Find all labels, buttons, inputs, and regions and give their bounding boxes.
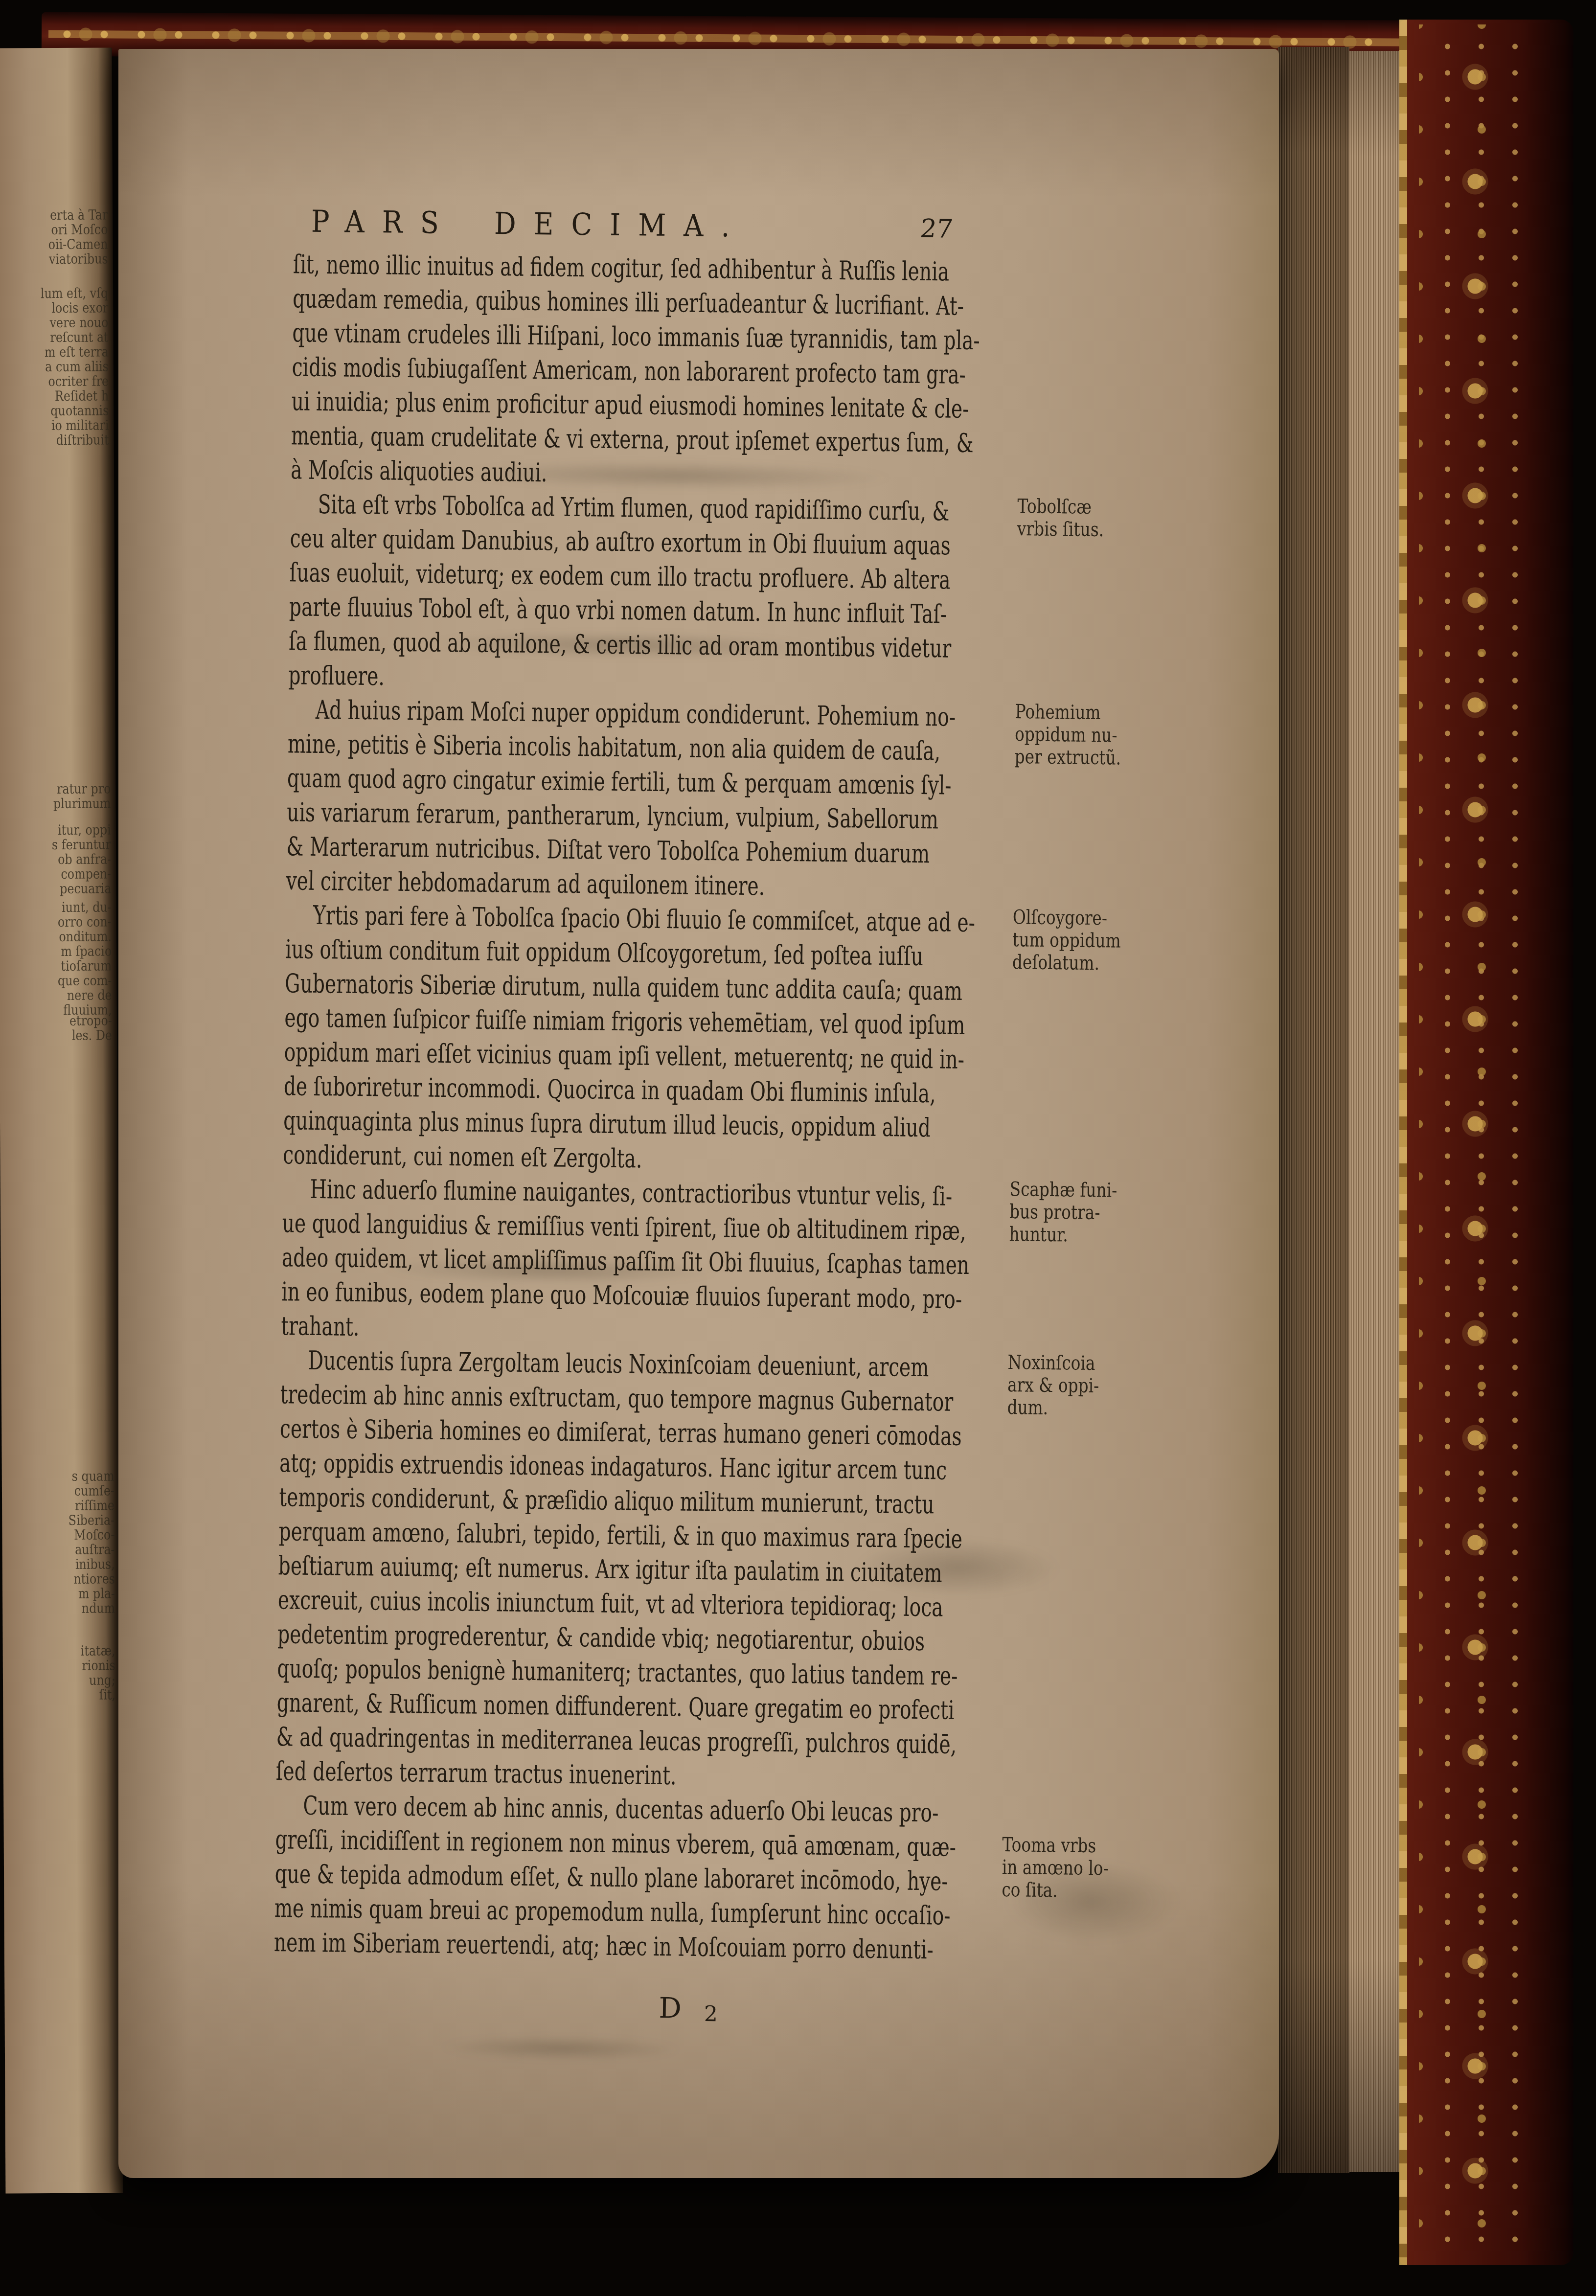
text-line: lum eſt, vſq [14,286,108,301]
book-photo-scene: erta à Tarori Moſcooii-Camenviatoribus l… [0,0,1596,2296]
text-line: m eſt terra [15,344,109,360]
text-line: arx & oppi- [1007,1374,1144,1398]
page-content: PARS DECIMA. 27 ſit, nemo illic inuitus … [94,44,1279,2186]
text-line: Tobolſcæ [1017,495,1154,519]
margin-note: Tooma vrbsin amœno lo-co ſita. [1002,1834,1169,1903]
text-line: locis exor [14,300,108,316]
fragment-group: iunt, du-orro con-onditum.m ſpaciotioſar… [1,900,112,1018]
margin-note: Scaphæ funi-bus protra-huntur. [1009,1178,1176,1248]
text-line: Noxinſcoia [1007,1351,1144,1375]
text-line: quotannis [15,403,109,418]
text-line: Pohemium [1015,701,1151,725]
text-line: ratur pro [17,781,111,796]
text-line: onditum. [18,929,112,944]
fore-edge-pages-dark [1278,47,1349,2173]
text-line: que com- [18,973,112,988]
fragment-group: s quamcumſe-riſſimeSiberia-Moſco-auſtra-… [4,1469,115,1616]
text-line: auſtra- [21,1542,114,1557]
fragment-group: etropo-les. De [1,1013,112,1043]
signature-mark: D2 [659,1991,718,2025]
paragraph: ſit, nemo illic inuitus ad fidem cogitur… [291,248,1193,498]
text-line: nere de [18,988,112,1003]
text-line: erta à Tar [14,207,108,223]
text-line: viatoribus [14,251,108,267]
margin-note: Noxinſcoiaarx & oppi-dum. [1007,1351,1174,1421]
text-line: oppidum nu- [1015,723,1151,747]
text-line: m ſpacio [18,944,112,959]
text-line: Olſcoygore- [1013,906,1149,930]
text-line: tioſarum [18,958,112,974]
text-line: itur, oppi [17,822,111,838]
text-line: Siberia- [21,1513,114,1528]
text-line: io militari [15,418,109,433]
text-line: co ſita. [1002,1879,1138,1903]
text-line: Tooma vrbs [1002,1834,1139,1858]
book-cover-right [1399,20,1573,2265]
fragment-group: ratur proplurimum [0,781,111,811]
text-line: per extructũ. [1014,746,1151,770]
fragment-group: lum eſt, vſqlocis exorvere nouoreſcunt a… [0,286,109,448]
fragment-group: itatæ,rionisung;ſit, [5,1643,116,1703]
text-line: les. De [18,1028,112,1043]
text-line: s feruntur [17,837,111,852]
text-line: ob anfra- [17,852,111,867]
gilt-edge-line [1399,20,1407,2265]
text-line: diſtribuit [15,432,109,448]
text-line: ori Moſco [14,222,108,237]
margin-note: Tobolſcævrbis ſitus. [1017,495,1184,542]
fore-edge-pages-light [1349,51,1399,2172]
text-line: plurimum [17,796,111,811]
text-line: cumſe- [21,1483,114,1499]
text-line: dum. [1007,1396,1143,1420]
fragment-group: erta à Tarori Moſcooii-Camenviatoribus [0,207,108,267]
text-line: ocriter fre [15,374,109,389]
signature-letter: D [659,1991,682,2025]
gold-floral-tooling-column [1419,24,1531,2255]
text-line: a cum aliis [15,359,109,374]
text-line: s quam [21,1469,114,1484]
text-line: pecuaria [17,881,111,896]
text-line: orro con- [18,914,112,930]
margin-note: Olſcoygore-tum oppidumdeſolatum. [1012,906,1180,976]
text-line: bus protra- [1009,1201,1146,1225]
text-line: in amœno lo- [1002,1856,1139,1880]
signature-number: 2 [704,2001,718,2026]
text-line: Scaphæ funi- [1009,1178,1146,1202]
book-page: PARS DECIMA. 27 ſit, nemo illic inuitus … [118,49,1279,2178]
text-line: nem im Siberiam reuertendi, atq; hæc in … [274,1926,940,1967]
margin-note: Pohemiumoppidum nu-per extructũ. [1014,701,1182,770]
page-number: 27 [918,214,954,244]
text-line: etropo- [18,1013,112,1028]
text-line: Moſco- [21,1527,114,1543]
text-line: compen- [17,866,111,882]
running-header: PARS DECIMA. [311,204,748,244]
text-line: iunt, du- [18,900,112,915]
text-line: Reſidet h [15,388,109,404]
text-line: oii-Camen [14,237,108,252]
text-line: vrbis ſitus. [1017,518,1154,542]
text-line: riſſime [21,1498,114,1513]
text-line: vere nouo [14,315,108,330]
ink-showthrough-smudge [438,2035,683,2062]
text-line: reſcunt at [14,330,108,345]
text-line: deſolatum. [1012,951,1149,975]
text-line: tum oppidum [1012,929,1149,953]
fragment-group: itur, oppis ferunturob anfra-compen-pecu… [0,822,112,896]
text-line: huntur. [1009,1223,1145,1247]
